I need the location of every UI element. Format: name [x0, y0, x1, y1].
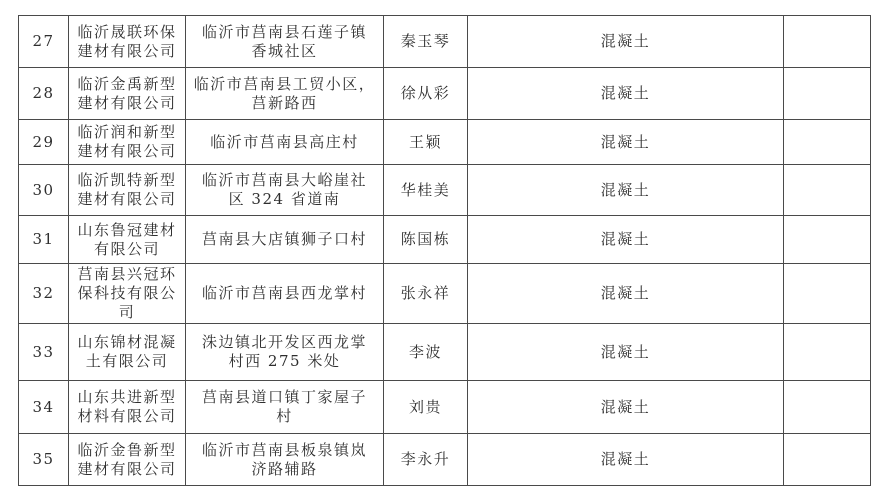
product-type: 混凝土 — [468, 68, 784, 120]
document-page: 27 临沂晟联环保 建材有限公司 临沂市莒南县石莲子镇 香城社区 秦玉琴 混凝土… — [0, 0, 885, 500]
company-address: 临沂市莒南县石莲子镇 香城社区 — [186, 16, 384, 68]
company-address: 临沂市莒南县大峪崖社 区 324 省道南 — [186, 165, 384, 216]
note-cell — [784, 16, 871, 68]
note-cell — [784, 165, 871, 216]
table-row: 34 山东共进新型 材料有限公司 莒南县道口镇丁家屋子 村 刘贵 混凝土 — [19, 381, 871, 434]
company-name: 临沂金禹新型 建材有限公司 — [69, 68, 186, 120]
product-type: 混凝土 — [468, 165, 784, 216]
table-row: 28 临沂金禹新型 建材有限公司 临沂市莒南县工贸小区， 莒新路西 徐从彩 混凝… — [19, 68, 871, 120]
row-number: 32 — [19, 264, 69, 324]
product-type: 混凝土 — [468, 120, 784, 165]
table-row: 31 山东鲁冠建材 有限公司 莒南县大店镇狮子口村 陈国栋 混凝土 — [19, 216, 871, 264]
table-row: 30 临沂凯特新型 建材有限公司 临沂市莒南县大峪崖社 区 324 省道南 华桂… — [19, 165, 871, 216]
company-name: 山东共进新型 材料有限公司 — [69, 381, 186, 434]
product-type: 混凝土 — [468, 16, 784, 68]
product-type: 混凝土 — [468, 264, 784, 324]
table-row: 33 山东锦材混凝 土有限公司 洙边镇北开发区西龙掌 村西 275 米处 李波 … — [19, 324, 871, 381]
row-number: 31 — [19, 216, 69, 264]
company-address: 临沂市莒南县西龙掌村 — [186, 264, 384, 324]
contact-person: 华桂美 — [384, 165, 468, 216]
note-cell — [784, 68, 871, 120]
company-address: 临沂市莒南县板泉镇岚 济路辅路 — [186, 434, 384, 486]
contact-person: 李永升 — [384, 434, 468, 486]
row-number: 34 — [19, 381, 69, 434]
table-body: 27 临沂晟联环保 建材有限公司 临沂市莒南县石莲子镇 香城社区 秦玉琴 混凝土… — [19, 16, 871, 486]
company-name: 山东鲁冠建材 有限公司 — [69, 216, 186, 264]
company-address: 临沂市莒南县高庄村 — [186, 120, 384, 165]
product-type: 混凝土 — [468, 216, 784, 264]
company-address: 临沂市莒南县工贸小区， 莒新路西 — [186, 68, 384, 120]
company-name: 临沂金鲁新型 建材有限公司 — [69, 434, 186, 486]
product-type: 混凝土 — [468, 434, 784, 486]
company-name: 山东锦材混凝 土有限公司 — [69, 324, 186, 381]
row-number: 28 — [19, 68, 69, 120]
contact-person: 秦玉琴 — [384, 16, 468, 68]
note-cell — [784, 381, 871, 434]
product-type: 混凝土 — [468, 324, 784, 381]
note-cell — [784, 324, 871, 381]
company-registry-table: 27 临沂晟联环保 建材有限公司 临沂市莒南县石莲子镇 香城社区 秦玉琴 混凝土… — [18, 15, 871, 486]
row-number: 29 — [19, 120, 69, 165]
company-name: 临沂凯特新型 建材有限公司 — [69, 165, 186, 216]
note-cell — [784, 216, 871, 264]
table-row: 29 临沂润和新型 建材有限公司 临沂市莒南县高庄村 王颖 混凝土 — [19, 120, 871, 165]
company-name: 临沂晟联环保 建材有限公司 — [69, 16, 186, 68]
table-row: 32 莒南县兴冠环 保科技有限公 司 临沂市莒南县西龙掌村 张永祥 混凝土 — [19, 264, 871, 324]
row-number: 33 — [19, 324, 69, 381]
row-number: 30 — [19, 165, 69, 216]
product-type: 混凝土 — [468, 381, 784, 434]
note-cell — [784, 434, 871, 486]
row-number: 27 — [19, 16, 69, 68]
contact-person: 刘贵 — [384, 381, 468, 434]
row-number: 35 — [19, 434, 69, 486]
contact-person: 王颖 — [384, 120, 468, 165]
company-name: 临沂润和新型 建材有限公司 — [69, 120, 186, 165]
contact-person: 陈国栋 — [384, 216, 468, 264]
note-cell — [784, 120, 871, 165]
company-address: 莒南县道口镇丁家屋子 村 — [186, 381, 384, 434]
company-name: 莒南县兴冠环 保科技有限公 司 — [69, 264, 186, 324]
table-row: 27 临沂晟联环保 建材有限公司 临沂市莒南县石莲子镇 香城社区 秦玉琴 混凝土 — [19, 16, 871, 68]
contact-person: 徐从彩 — [384, 68, 468, 120]
company-address: 洙边镇北开发区西龙掌 村西 275 米处 — [186, 324, 384, 381]
table-row: 35 临沂金鲁新型 建材有限公司 临沂市莒南县板泉镇岚 济路辅路 李永升 混凝土 — [19, 434, 871, 486]
contact-person: 张永祥 — [384, 264, 468, 324]
contact-person: 李波 — [384, 324, 468, 381]
note-cell — [784, 264, 871, 324]
company-address: 莒南县大店镇狮子口村 — [186, 216, 384, 264]
